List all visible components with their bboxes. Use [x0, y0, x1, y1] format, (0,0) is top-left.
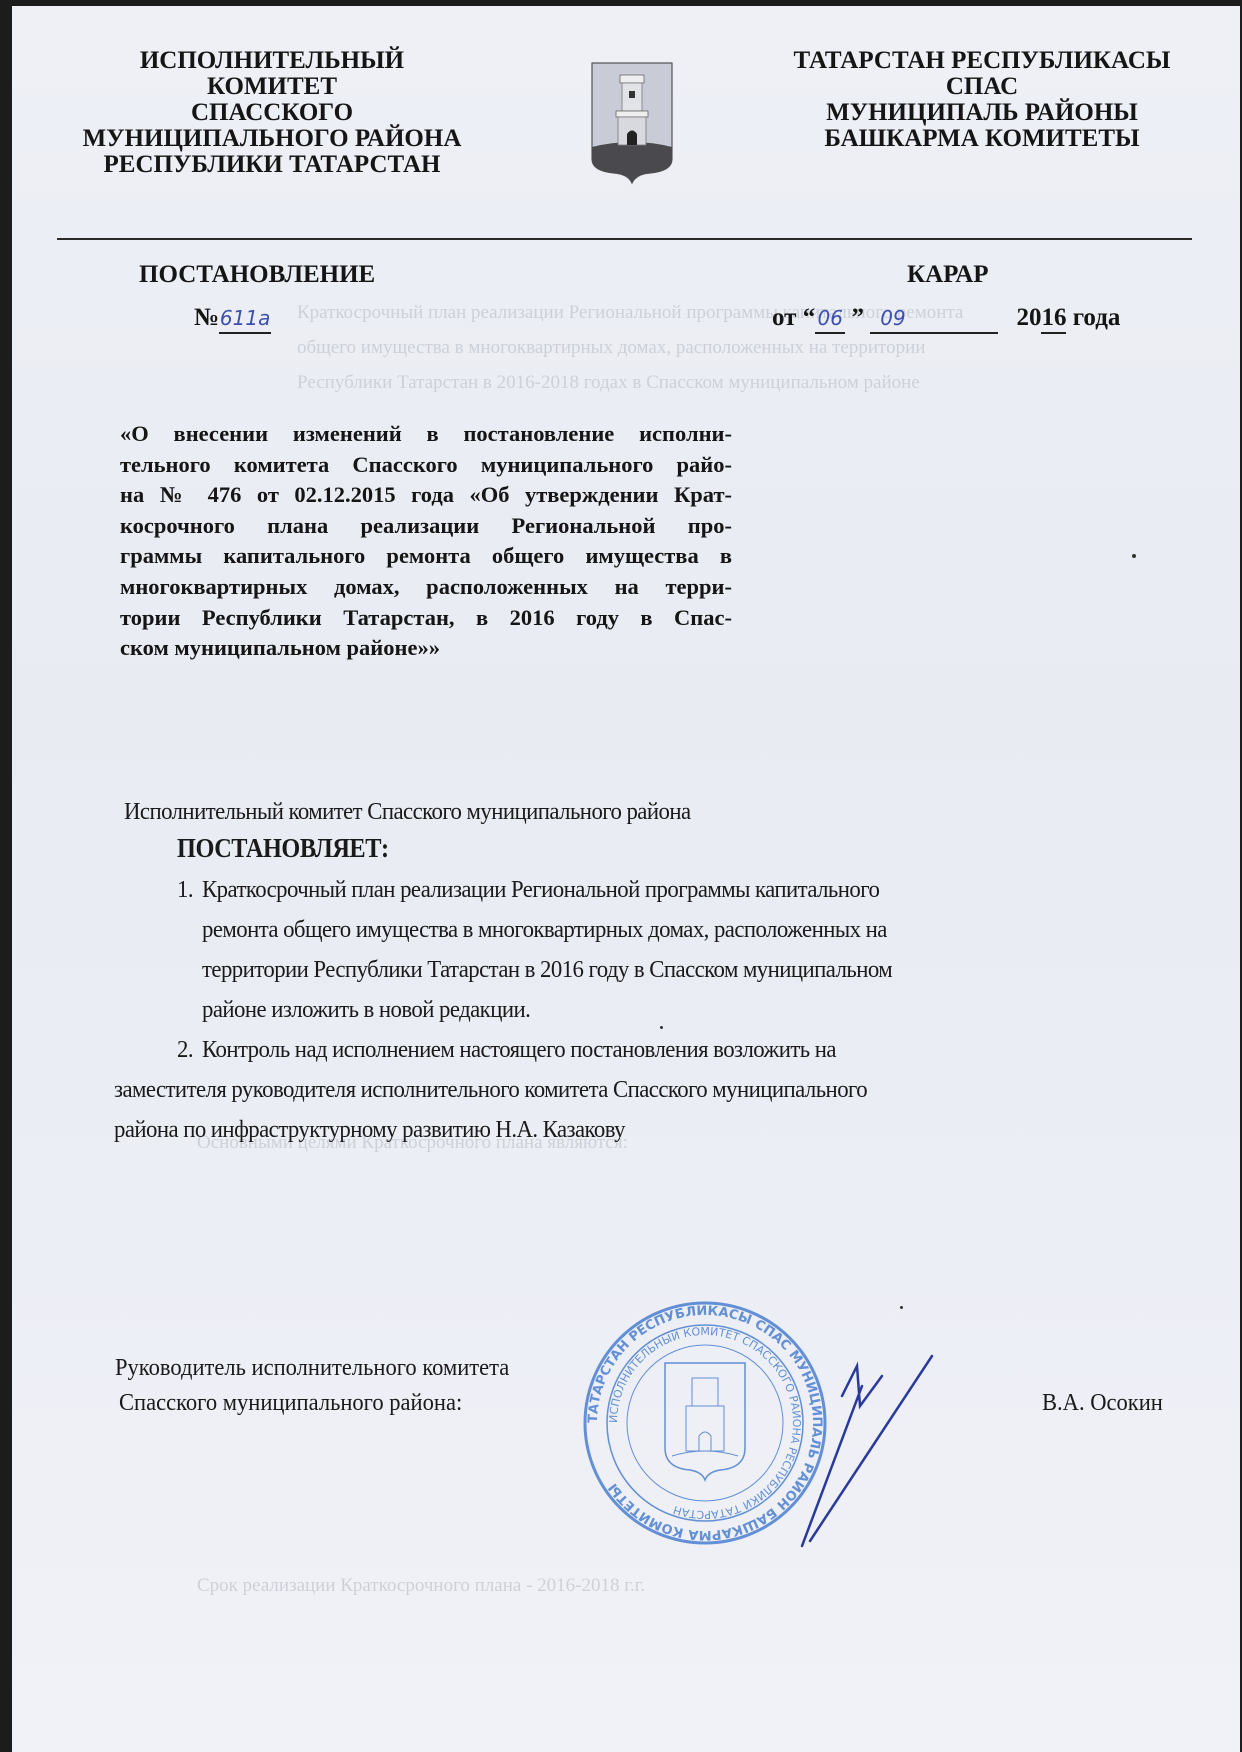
decree-heading: ПОСТАНОВЛЯЕТ: — [177, 833, 389, 864]
handwritten-signature-icon — [742, 1346, 942, 1556]
signatory-title-line1: Руководитель исполнительного комитета — [115, 1354, 509, 1382]
speck — [660, 1026, 663, 1029]
subject-line: граммы капитального ремонта общего имуще… — [120, 541, 732, 572]
item1-line: территории Республики Татарстан в 2016 г… — [202, 956, 892, 984]
subject-line: ском муниципальном районе»» — [120, 633, 732, 664]
doc-type-tt: КАРАР — [907, 261, 989, 289]
item2-line: района по инфраструктурному развитию Н.А… — [114, 1116, 625, 1144]
year-word: года — [1073, 304, 1121, 331]
intro-text: Исполнительный комитет Спасского муницип… — [124, 798, 691, 826]
doc-type-ru: ПОСТАНОВЛЕНИЕ — [139, 261, 375, 289]
number-field: 611а — [219, 304, 271, 334]
year-prefix: 20 — [1016, 304, 1041, 331]
header-left-line: МУНИЦИПАЛЬНОГО РАЙОНА — [72, 126, 472, 152]
doc-date: от “06 ” 09 2016 года — [772, 304, 1120, 334]
header-left-org: ИСПОЛНИТЕЛЬНЫЙ КОМИТЕТ СПАССКОГО МУНИЦИП… — [72, 48, 472, 178]
header-divider — [57, 238, 1192, 240]
subject-line: «О внесении изменений в постановление ис… — [120, 419, 732, 450]
coat-of-arms-tower-icon — [590, 61, 674, 191]
bleed-through-line: общего имущества в многоквартирных домах… — [297, 331, 925, 364]
item1-line: ремонта общего имущества в многоквартирн… — [202, 916, 887, 944]
header-right-org: ТАТАРСТАН РЕСПУБЛИКАСЫ СПАС МУНИЦИПАЛЬ Р… — [772, 48, 1192, 152]
signatory-name: В.А. Осокин — [1042, 1389, 1163, 1417]
year: 2016 года — [1016, 304, 1120, 331]
day-field: 06 — [815, 304, 845, 334]
bleed-through-line: Республики Татарстан в 2016-2018 годах в… — [297, 366, 920, 399]
item2-line: Контроль над исполнением настоящего пост… — [202, 1036, 836, 1064]
item2-number: 2. — [177, 1036, 193, 1064]
doc-number: №611а — [194, 304, 271, 334]
handwritten-number: 611а — [220, 306, 270, 330]
header-right-line: ТАТАРСТАН РЕСПУБЛИКАСЫ — [772, 48, 1192, 74]
item1-line: Краткосрочный план реализации Региональн… — [202, 876, 879, 904]
month-field: 09 — [870, 304, 998, 334]
subject-line: на № 476 от 02.12.2015 года «Об утвержде… — [120, 480, 732, 511]
document-subject: «О внесении изменений в постановление ис… — [120, 419, 732, 664]
signatory-title-line2: Спасского муниципального района: — [119, 1389, 462, 1417]
quote-open: “ — [803, 304, 816, 331]
bleed-through-line: Срок реализации Краткосрочного плана - 2… — [197, 1569, 645, 1602]
header-left-line: ИСПОЛНИТЕЛЬНЫЙ КОМИТЕТ — [72, 48, 472, 100]
header-right-line: БАШКАРМА КОМИТЕТЫ — [772, 126, 1192, 152]
header-right-line: СПАС — [772, 74, 1192, 100]
subject-line: тории Республики Татарстан, в 2016 году … — [120, 603, 732, 634]
subject-line: многоквартирных домах, расположенных на … — [120, 572, 732, 603]
header-left-line: СПАССКОГО — [72, 100, 472, 126]
handwritten-month: 09 — [880, 306, 905, 330]
subject-line: тельного комитета Спасского муниципально… — [120, 450, 732, 481]
speck — [1132, 554, 1136, 558]
quote-close: ” — [851, 304, 864, 331]
item1-line: районе изложить в новой редакции. — [202, 996, 530, 1024]
header-left-line: РЕСПУБЛИКИ ТАТАРСТАН — [72, 152, 472, 178]
date-prefix: от — [772, 304, 796, 331]
header-right-line: МУНИЦИПАЛЬ РАЙОНЫ — [772, 100, 1192, 126]
document-page: Краткосрочный план реализации Региональн… — [12, 6, 1240, 1752]
handwritten-day: 06 — [817, 306, 842, 330]
item2-line: заместителя руководителя исполнительного… — [114, 1076, 867, 1104]
number-sign: № — [194, 304, 219, 331]
speck — [900, 1306, 903, 1309]
year-suffix: 16 — [1041, 304, 1066, 334]
item1-number: 1. — [177, 876, 193, 904]
subject-line: косрочного плана реализации Региональной… — [120, 511, 732, 542]
